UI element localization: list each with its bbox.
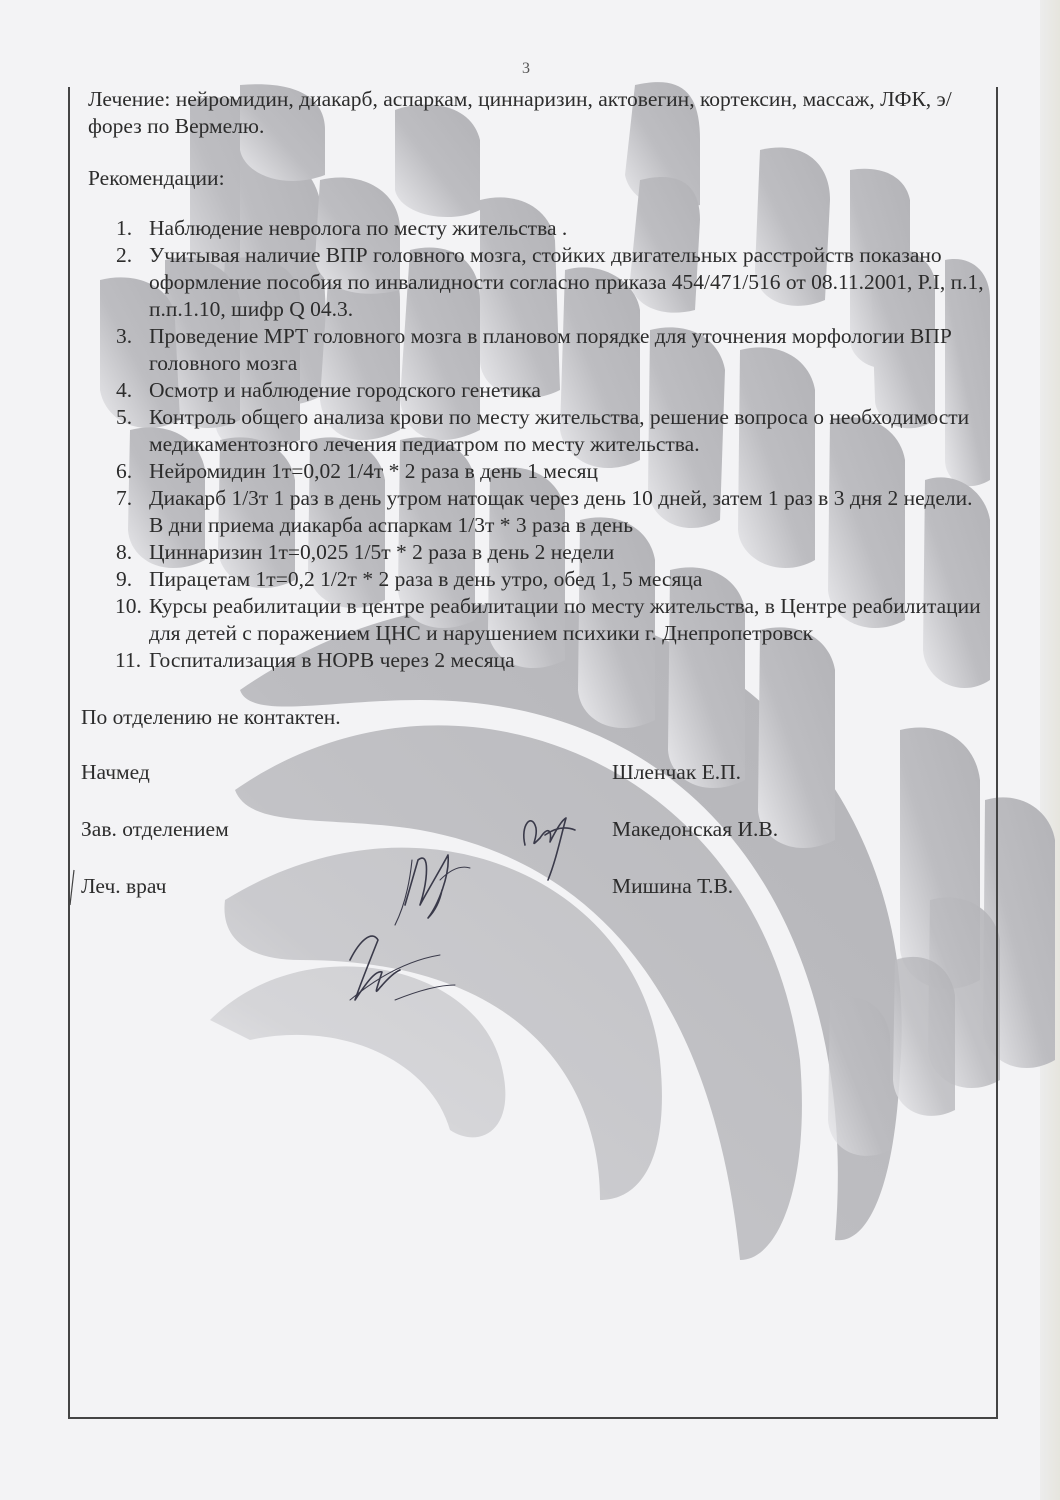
- page-number: 3: [522, 60, 530, 78]
- list-item: 1.Наблюдение невролога по месту жительст…: [88, 215, 988, 242]
- item-text: Пирацетам 1т=0,2 1/2т * 2 раза в день ут…: [149, 567, 702, 591]
- list-item: 5.Контроль общего анализа крови по месту…: [88, 404, 988, 458]
- signature-block: Начмед Шленчак Е.П. Зав. отделением Маке…: [88, 759, 988, 930]
- signature-role: Леч. врач: [81, 873, 166, 900]
- list-item: 7.Диакарб 1/3т 1 раз в день утром натоща…: [88, 485, 988, 539]
- item-number: 1.: [116, 215, 132, 242]
- item-number: 7.: [116, 485, 132, 512]
- item-number: 4.: [116, 377, 132, 404]
- list-item: 4.Осмотр и наблюдение городского генетик…: [88, 377, 988, 404]
- list-item: 9.Пирацетам 1т=0,2 1/2т * 2 раза в день …: [88, 566, 988, 593]
- signature-row-department-head: Зав. отделением Македонская И.В.: [88, 816, 988, 873]
- item-number: 3.: [116, 323, 132, 350]
- item-text: Осмотр и наблюдение городского генетика: [149, 378, 541, 402]
- item-text: Курсы реабилитации в центре реабилитации…: [149, 594, 981, 645]
- list-item: 3.Проведение МРТ головного мозга в плано…: [88, 323, 988, 377]
- signature-role: Зав. отделением: [81, 816, 229, 843]
- item-number: 5.: [116, 404, 132, 431]
- signature-name: Македонская И.В.: [612, 816, 778, 843]
- signature-row-head-physician: Начмед Шленчак Е.П.: [88, 759, 988, 816]
- recommendations-list: 1.Наблюдение невролога по месту жительст…: [88, 215, 988, 674]
- item-text: Нейромидин 1т=0,02 1/4т * 2 раза в день …: [149, 459, 598, 483]
- item-number: 9.: [116, 566, 132, 593]
- list-item: 10.Курсы реабилитации в центре реабилита…: [88, 593, 988, 647]
- item-text: Циннаризин 1т=0,025 1/5т * 2 раза в день…: [149, 540, 614, 564]
- recommendations-title: Рекомендации:: [88, 165, 988, 192]
- signature-row-attending-doctor: Леч. врач Мишина Т.В.: [88, 873, 988, 930]
- signature-role: Начмед: [81, 759, 150, 786]
- item-number: 11.: [115, 647, 141, 674]
- contact-note: По отделению не контактен.: [81, 704, 988, 731]
- item-text: Госпитализация в НОРВ через 2 месяца: [149, 648, 515, 672]
- item-number: 6.: [116, 458, 132, 485]
- item-text: Наблюдение невролога по месту жительства…: [149, 216, 567, 240]
- item-text: Диакарб 1/3т 1 раз в день утром натощак …: [149, 486, 973, 537]
- list-item: 11.Госпитализация в НОРВ через 2 месяца: [88, 647, 988, 674]
- list-item: 6.Нейромидин 1т=0,02 1/4т * 2 раза в ден…: [88, 458, 988, 485]
- item-text: Учитывая наличие ВПР головного мозга, ст…: [149, 243, 984, 321]
- item-text: Контроль общего анализа крови по месту ж…: [149, 405, 969, 456]
- list-item: 8.Циннаризин 1т=0,025 1/5т * 2 раза в де…: [88, 539, 988, 566]
- item-number: 8.: [116, 539, 132, 566]
- item-number: 10.: [115, 593, 142, 620]
- list-item: 2.Учитывая наличие ВПР головного мозга, …: [88, 242, 988, 323]
- item-number: 2.: [116, 242, 132, 269]
- document-body: Лечение: нейромидин, диакарб, аспаркам, …: [88, 86, 988, 930]
- treatment-paragraph: Лечение: нейромидин, диакарб, аспаркам, …: [88, 86, 988, 140]
- signature-name: Шленчак Е.П.: [612, 759, 741, 786]
- signature-name: Мишина Т.В.: [612, 873, 733, 900]
- item-text: Проведение МРТ головного мозга в планово…: [149, 324, 952, 375]
